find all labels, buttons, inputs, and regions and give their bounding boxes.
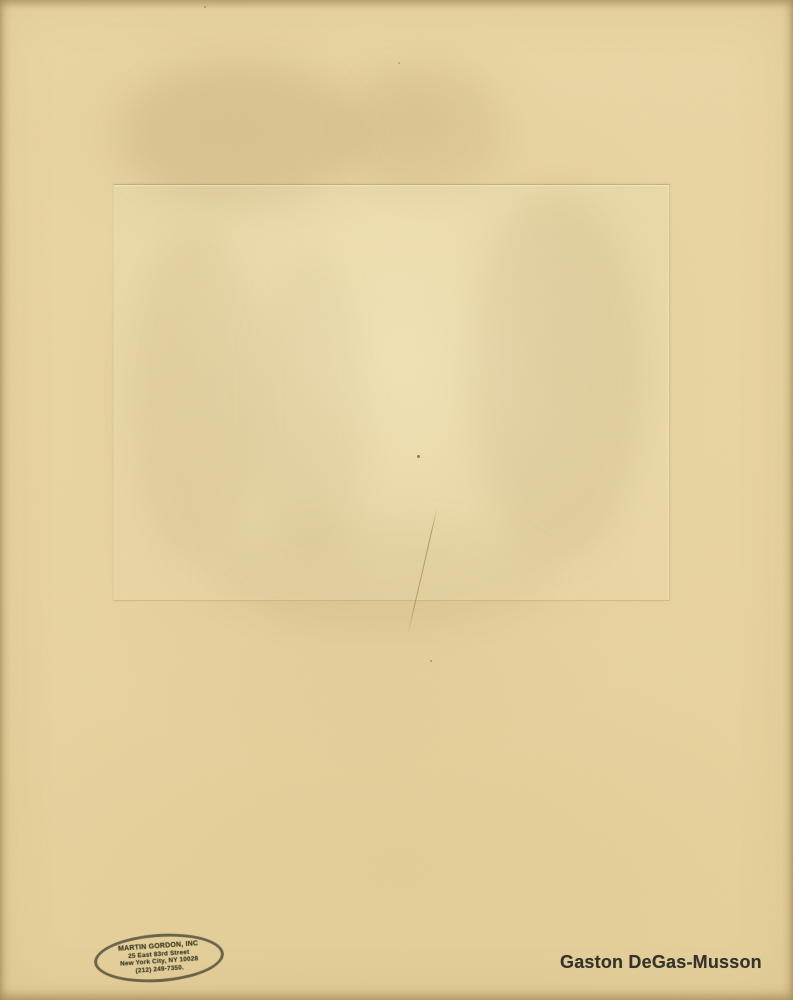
paper-speck bbox=[430, 660, 432, 662]
scanned-paper-sheet: MARTIN GORDON, INC 25 East 83rd Street N… bbox=[0, 0, 793, 1000]
plate-mark bbox=[113, 184, 670, 601]
show-through-shadow bbox=[350, 65, 500, 195]
artist-caption: Gaston DeGas-Musson bbox=[560, 952, 770, 973]
gallery-stamp: MARTIN GORDON, INC 25 East 83rd Street N… bbox=[92, 930, 225, 987]
paper-speck bbox=[417, 455, 420, 458]
paper-speck bbox=[204, 6, 206, 8]
paper-speck bbox=[398, 62, 400, 64]
